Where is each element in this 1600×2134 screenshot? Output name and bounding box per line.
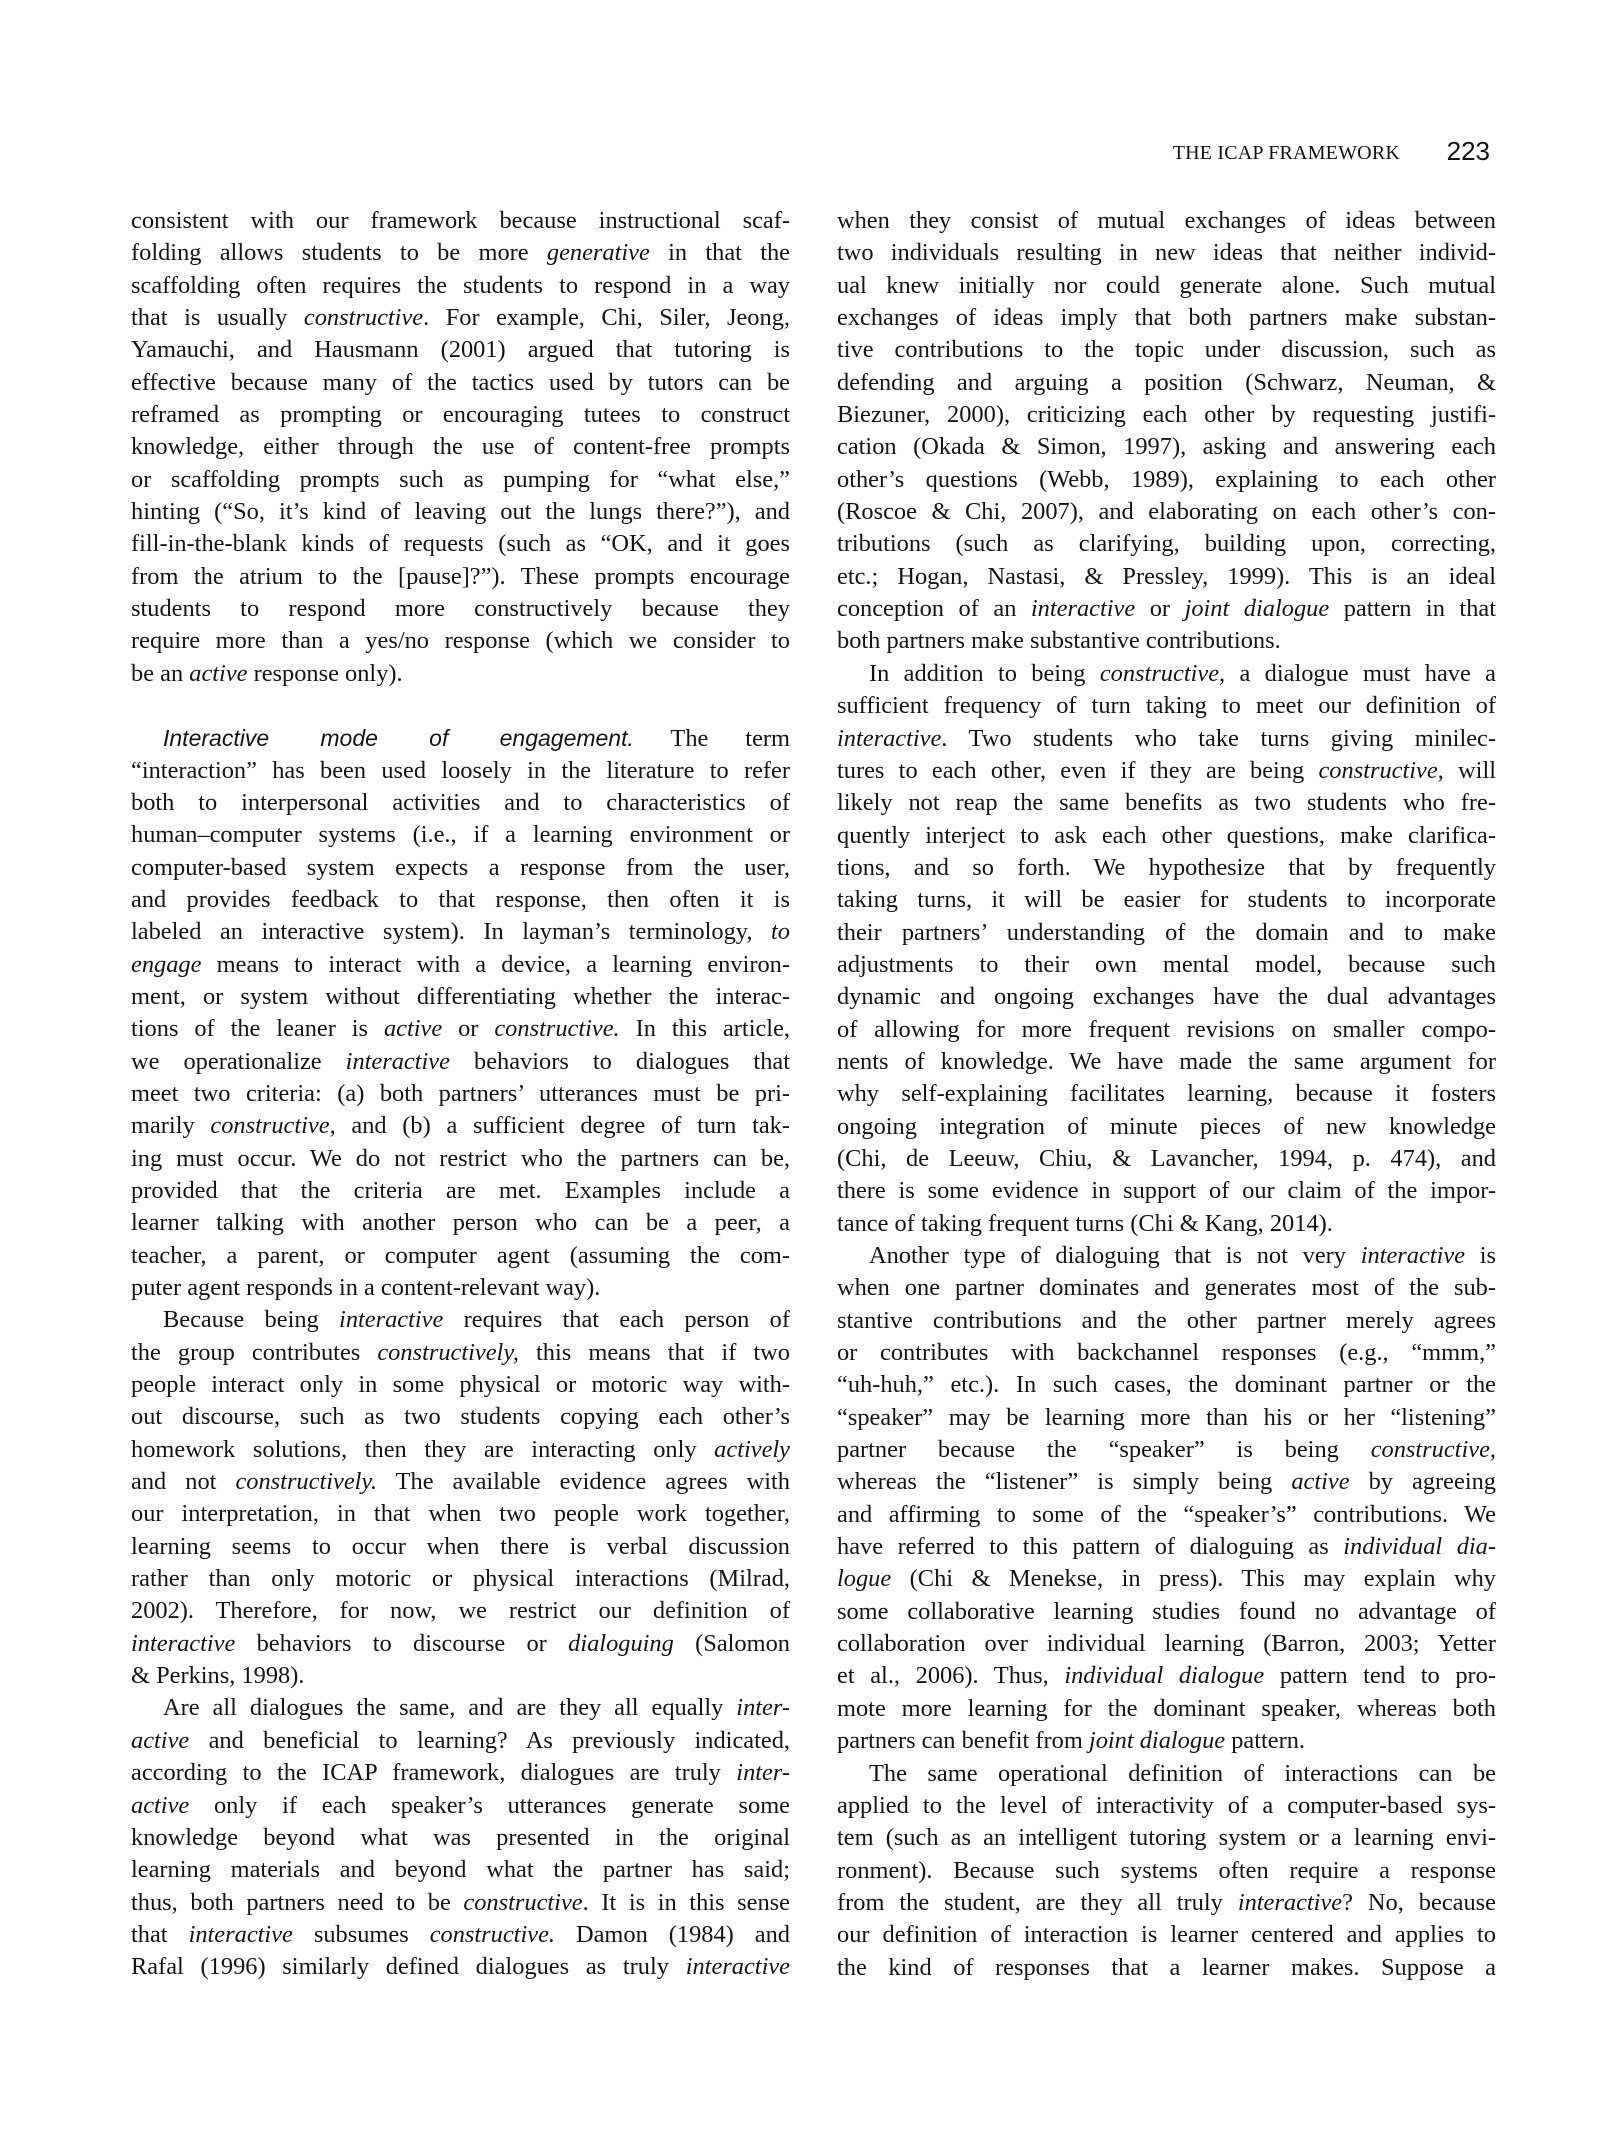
emphasis: active xyxy=(131,1727,189,1754)
text-line: Rafal (1996) similarly defined dialogues… xyxy=(131,1951,790,1983)
text-line: their partners’ understanding of the dom… xyxy=(837,917,1496,949)
emphasis: to xyxy=(771,918,790,945)
emphasis: interactive xyxy=(837,725,941,752)
text-line: 2002). Therefore, for now, we restrict o… xyxy=(131,1595,790,1627)
emphasis: logue xyxy=(837,1565,891,1592)
text-line: “uh-huh,” etc.). In such cases, the domi… xyxy=(837,1369,1496,1401)
text-line: according to the ICAP framework, dialogu… xyxy=(131,1757,790,1789)
emphasis: active xyxy=(131,1792,189,1819)
text-line: ment, or system without differentiating … xyxy=(131,981,790,1013)
emphasis: generative xyxy=(547,239,650,266)
text-line: adjustments to their own mental model, b… xyxy=(837,949,1496,981)
paragraph: Are all dialogues the same, and are they… xyxy=(131,1692,790,1983)
right-column: when they consist of mutual exchanges of… xyxy=(837,205,1496,1984)
text-line: whereas the “listener” is simply being a… xyxy=(837,1466,1496,1498)
text-line: defending and arguing a position (Schwar… xyxy=(837,367,1496,399)
emphasis: individual dialogue xyxy=(1064,1662,1264,1689)
emphasis: individual dia- xyxy=(1343,1533,1496,1560)
text-line: “interaction” has been used loosely in t… xyxy=(131,755,790,787)
text-line: tive contributions to the topic under di… xyxy=(837,334,1496,366)
text-line: quently interject to ask each other ques… xyxy=(837,820,1496,852)
text-line: tributions (such as clarifying, building… xyxy=(837,528,1496,560)
text-line: et al., 2006). Thus, individual dialogue… xyxy=(837,1660,1496,1692)
text-line: reframed as prompting or encouraging tut… xyxy=(131,399,790,431)
text-line: active only if each speaker’s utterances… xyxy=(131,1790,790,1822)
emphasis: constructive xyxy=(304,304,423,331)
text-line: dynamic and ongoing exchanges have the d… xyxy=(837,981,1496,1013)
text-line: mote more learning for the dominant spea… xyxy=(837,1693,1496,1725)
document-page: THE ICAP FRAMEWORK 223 consistent with o… xyxy=(0,0,1600,2134)
emphasis: interactive xyxy=(339,1306,443,1333)
text-line: cation (Okada & Simon, 1997), asking and… xyxy=(837,431,1496,463)
text-line: that is usually constructive. For exampl… xyxy=(131,302,790,334)
text-line: applied to the level of interactivity of… xyxy=(837,1790,1496,1822)
emphasis: interactive xyxy=(1031,595,1135,622)
text-line: Because being interactive requires that … xyxy=(131,1304,790,1336)
text-line: from the student, are they all truly int… xyxy=(837,1887,1496,1919)
emphasis: active xyxy=(189,660,247,687)
text-line: meet two criteria: (a) both partners’ ut… xyxy=(131,1078,790,1110)
text-line: learning seems to occur when there is ve… xyxy=(131,1531,790,1563)
text-line: both to interpersonal activities and to … xyxy=(131,787,790,819)
emphasis: constructive xyxy=(1100,660,1219,687)
emphasis: joint dialogue xyxy=(1185,595,1330,622)
text-line: require more than a yes/no response (whi… xyxy=(131,625,790,657)
text-line: people interact only in some physical or… xyxy=(131,1369,790,1401)
text-line: be an active response only). xyxy=(131,658,790,690)
text-line: sufficient frequency of turn taking to m… xyxy=(837,690,1496,722)
text-line: knowledge beyond what was presented in t… xyxy=(131,1822,790,1854)
paragraph: Interactive mode of engagement. The term… xyxy=(131,722,790,1304)
text-line: when one partner dominates and generates… xyxy=(837,1272,1496,1304)
text-line: Biezuner, 2000), criticizing each other … xyxy=(837,399,1496,431)
text-line: tem (such as an intelligent tutoring sys… xyxy=(837,1822,1496,1854)
emphasis: constructive. xyxy=(430,1921,555,1948)
text-line: scaffolding often requires the students … xyxy=(131,270,790,302)
emphasis: dialoguing xyxy=(568,1630,674,1657)
text-line: learning materials and beyond what the p… xyxy=(131,1854,790,1886)
text-line: and affirming to some of the “speaker’s”… xyxy=(837,1499,1496,1531)
emphasis: inter- xyxy=(736,1694,790,1721)
text-line: ongoing integration of minute pieces of … xyxy=(837,1111,1496,1143)
text-line: puter agent responds in a content-releva… xyxy=(131,1272,790,1304)
text-line: learner talking with another person who … xyxy=(131,1207,790,1239)
emphasis: constructive. xyxy=(494,1015,619,1042)
text-line: conception of an interactive or joint di… xyxy=(837,593,1496,625)
emphasis: active xyxy=(384,1015,442,1042)
text-line: In addition to being constructive, a dia… xyxy=(837,658,1496,690)
emphasis: interactive xyxy=(189,1921,293,1948)
text-line: Yamauchi, and Hausmann (2001) argued tha… xyxy=(131,334,790,366)
text-line: homework solutions, then they are intera… xyxy=(131,1434,790,1466)
text-line: ual knew initially nor could generate al… xyxy=(837,270,1496,302)
text-line: collaboration over individual learning (… xyxy=(837,1628,1496,1660)
text-line: both partners make substantive contribut… xyxy=(837,625,1496,657)
text-line: partners can benefit from joint dialogue… xyxy=(837,1725,1496,1757)
text-line: provided that the criteria are met. Exam… xyxy=(131,1175,790,1207)
text-line: interactive behaviors to discourse or di… xyxy=(131,1628,790,1660)
text-line: of allowing for more frequent revisions … xyxy=(837,1014,1496,1046)
emphasis: actively xyxy=(714,1436,790,1463)
text-line: our interpretation, in that when two peo… xyxy=(131,1498,790,1530)
page-number: 223 xyxy=(1447,136,1490,167)
paragraph: consistent with our framework because in… xyxy=(131,205,790,690)
text-line: nents of knowledge. We have made the sam… xyxy=(837,1046,1496,1078)
text-line: students to respond more constructively … xyxy=(131,593,790,625)
text-line: we operationalize interactive behaviors … xyxy=(131,1046,790,1078)
emphasis: constructively. xyxy=(235,1468,377,1495)
text-line: Are all dialogues the same, and are they… xyxy=(131,1692,790,1724)
text-line: teacher, a parent, or computer agent (as… xyxy=(131,1240,790,1272)
text-line: likely not reap the same benefits as two… xyxy=(837,787,1496,819)
emphasis: interactive xyxy=(1361,1242,1465,1269)
emphasis: inter- xyxy=(736,1759,790,1786)
text-line: ronment). Because such systems often req… xyxy=(837,1855,1496,1887)
text-line: active and beneficial to learning? As pr… xyxy=(131,1725,790,1757)
text-line: human–computer systems (i.e., if a learn… xyxy=(131,819,790,851)
text-line: some collaborative learning studies foun… xyxy=(837,1596,1496,1628)
section-heading: Interactive mode of engagement. xyxy=(163,725,634,751)
text-line: etc.; Hogan, Nastasi, & Pressley, 1999).… xyxy=(837,561,1496,593)
text-line: the kind of responses that a learner mak… xyxy=(837,1952,1496,1984)
text-line: engage means to interact with a device, … xyxy=(131,949,790,981)
text-line: Another type of dialoguing that is not v… xyxy=(837,1240,1496,1272)
emphasis: constructive xyxy=(463,1889,582,1916)
text-line: our definition of interaction is learner… xyxy=(837,1919,1496,1951)
text-line: fill-in-the-blank kinds of requests (suc… xyxy=(131,528,790,560)
text-line: folding allows students to be more gener… xyxy=(131,237,790,269)
emphasis: interactive xyxy=(686,1953,790,1980)
text-line: other’s questions (Webb, 1989), explaini… xyxy=(837,464,1496,496)
emphasis: active xyxy=(1291,1468,1349,1495)
emphasis: constructive, xyxy=(1318,757,1443,784)
section-gap xyxy=(131,690,790,722)
text-line: or contributes with backchannel response… xyxy=(837,1337,1496,1369)
text-line: The same operational definition of inter… xyxy=(837,1758,1496,1790)
text-line: tions, and so forth. We hypothesize that… xyxy=(837,852,1496,884)
text-line: out discourse, such as two students copy… xyxy=(131,1401,790,1433)
paragraph: Another type of dialoguing that is not v… xyxy=(837,1240,1496,1758)
text-line: stantive contributions and the other par… xyxy=(837,1305,1496,1337)
text-line: hinting (“So, it’s kind of leaving out t… xyxy=(131,496,790,528)
text-line: have referred to this pattern of dialogu… xyxy=(837,1531,1496,1563)
paragraph: when they consist of mutual exchanges of… xyxy=(837,205,1496,658)
text-line: when they consist of mutual exchanges of… xyxy=(837,205,1496,237)
text-line: taking turns, it will be easier for stud… xyxy=(837,884,1496,916)
emphasis: joint dialogue xyxy=(1089,1727,1225,1754)
text-line: ing must occur. We do not restrict who t… xyxy=(131,1143,790,1175)
text-line: tions of the leaner is active or constru… xyxy=(131,1013,790,1045)
text-line: consistent with our framework because in… xyxy=(131,205,790,237)
text-line: “speaker” may be learning more than his … xyxy=(837,1402,1496,1434)
running-head: THE ICAP FRAMEWORK 223 xyxy=(1100,136,1490,176)
text-line: interactive. Two students who take turns… xyxy=(837,723,1496,755)
text-line: and provides feedback to that response, … xyxy=(131,884,790,916)
text-line: there is some evidence in support of our… xyxy=(837,1175,1496,1207)
text-line: that interactive subsumes constructive. … xyxy=(131,1919,790,1951)
emphasis: constructively, xyxy=(377,1339,519,1366)
text-line: why self-explaining facilitates learning… xyxy=(837,1078,1496,1110)
paragraph: The same operational definition of inter… xyxy=(837,1758,1496,1984)
text-line: computer-based system expects a response… xyxy=(131,852,790,884)
emphasis: constructive, xyxy=(1371,1436,1496,1463)
text-line: thus, both partners need to be construct… xyxy=(131,1887,790,1919)
text-line: exchanges of ideas imply that both partn… xyxy=(837,302,1496,334)
text-line: or scaffolding prompts such as pumping f… xyxy=(131,464,790,496)
emphasis: constructive xyxy=(210,1112,329,1139)
text-line: two individuals resulting in new ideas t… xyxy=(837,237,1496,269)
text-line: (Roscoe & Chi, 2007), and elaborating on… xyxy=(837,496,1496,528)
emphasis: interactive xyxy=(1238,1889,1342,1916)
text-line: logue (Chi & Menekse, in press). This ma… xyxy=(837,1563,1496,1595)
text-line: labeled an interactive system). In layma… xyxy=(131,916,790,948)
emphasis: interactive xyxy=(131,1630,235,1657)
running-head-title: THE ICAP FRAMEWORK xyxy=(1173,142,1400,165)
paragraph: In addition to being constructive, a dia… xyxy=(837,658,1496,1240)
emphasis: interactive xyxy=(346,1048,450,1075)
text-line: tures to each other, even if they are be… xyxy=(837,755,1496,787)
emphasis: engage xyxy=(131,951,201,978)
text-line: knowledge, either through the use of con… xyxy=(131,431,790,463)
text-line: from the atrium to the [pause]?”). These… xyxy=(131,561,790,593)
text-line: the group contributes constructively, th… xyxy=(131,1337,790,1369)
text-line: (Chi, de Leeuw, Chiu, & Lavancher, 1994,… xyxy=(837,1143,1496,1175)
text-line: marily constructive, and (b) a sufficien… xyxy=(131,1110,790,1142)
text-line: tance of taking frequent turns (Chi & Ka… xyxy=(837,1208,1496,1240)
paragraph: Because being interactive requires that … xyxy=(131,1304,790,1692)
text-line: & Perkins, 1998). xyxy=(131,1660,790,1692)
text-line: effective because many of the tactics us… xyxy=(131,367,790,399)
text-line: Interactive mode of engagement. The term xyxy=(131,722,790,754)
left-column: consistent with our framework because in… xyxy=(131,205,790,1984)
text-line: rather than only motoric or physical int… xyxy=(131,1563,790,1595)
text-line: and not constructively. The available ev… xyxy=(131,1466,790,1498)
text-line: partner because the “speaker” is being c… xyxy=(837,1434,1496,1466)
